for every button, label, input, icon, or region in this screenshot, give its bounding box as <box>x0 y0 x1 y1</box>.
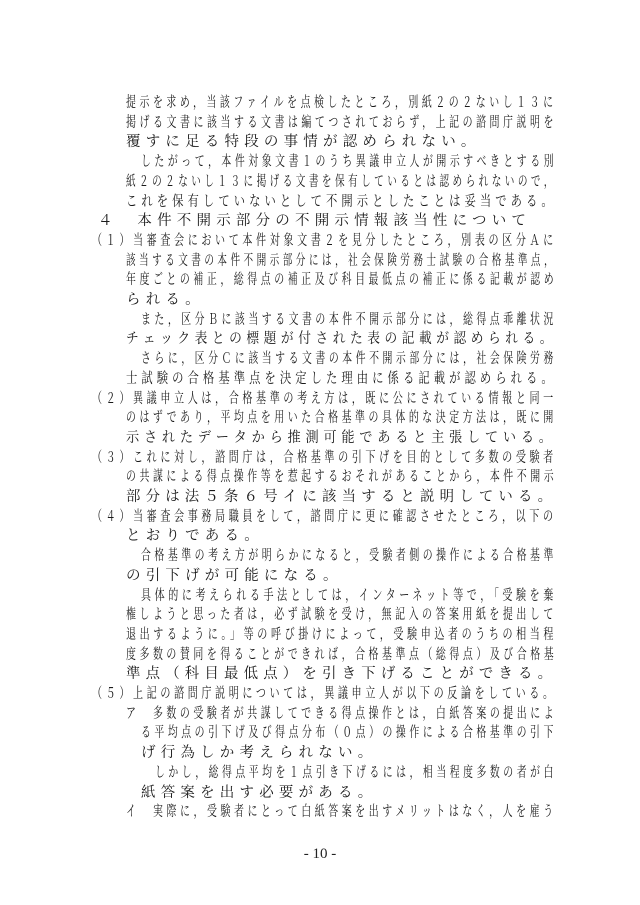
text-line: の共謀による得点操作等を惹起するおそれがあることから，本件不開示 <box>126 467 557 487</box>
text-line: とおりである。 <box>126 526 264 546</box>
text-line: 示されたデータから推測可能であると主張している。 <box>126 428 557 448</box>
text-line: また，区分Ｂに該当する文書の本件不開示部分には，総得点乖離状況 <box>141 310 557 330</box>
text-line: 年度ごとの補正，総得点の補正及び科目最低点の補正に係る記載が認め <box>126 270 557 290</box>
section-heading: ４ 本件不開示部分の不開示情報該当性について <box>98 211 531 231</box>
text-line: チェック表との標題が付された表の記載が認められる。 <box>126 329 557 349</box>
page-number: - 10 - <box>0 846 640 863</box>
text-line: 合格基準の考え方が明らかになると，受験者側の操作による合格基準 <box>141 546 557 566</box>
text-line: しかし，総得点平均を１点引き下げるには，相当程度多数の者が白 <box>155 763 557 783</box>
text-line: られる。 <box>126 290 205 310</box>
text-line: 退出するように。」等の呼び掛けによって，受験申込者のうちの相当程 <box>126 625 557 645</box>
text-line: 提示を求め，当該ファイルを点検したところ，別紙２の２ないし１３に <box>126 93 557 113</box>
text-line: 準点（科目最低点）を引き下げることができる。 <box>126 664 557 684</box>
text-line: 度多数の賛同を得ることができれば，合格基準点（総得点）及び合格基 <box>126 645 557 665</box>
text-line: る平均点の引下げ及び得点分布（０点）の操作による合格基準の引下 <box>141 723 557 743</box>
text-line: さらに，区分Ｃに該当する文書の本件不開示部分には，社会保険労務 <box>141 349 557 369</box>
sub-item: イ 実際に，受験者にとって白紙答案を出すメリットはなく，人を雇う <box>126 802 557 822</box>
text-line: 覆すに足る特段の事情が認められない。 <box>126 132 481 152</box>
document-page: 提示を求め，当該ファイルを点検したところ，別紙２の２ないし１３に 掲げる文書に該… <box>0 0 640 905</box>
numbered-item: （２）異議申立人は，合格基準の考え方は，既に公にされている情報と同一 <box>92 389 557 409</box>
numbered-item: （４）当審査会事務局職員をして，諮問庁に更に確認させたところ，以下の <box>92 507 557 527</box>
numbered-item: （５）上記の諮問庁説明については，異議申立人が以下の反論をしている。 <box>92 684 557 704</box>
numbered-item: （３）これに対し，諮問庁は，合格基準の引下げを目的として多数の受験者 <box>92 448 557 468</box>
text-line: これを保有していないとして不開示としたことは妥当である。 <box>126 192 557 212</box>
text-line: 紙２の２ないし１３に掲げる文書を保有しているとは認められないので， <box>126 172 557 192</box>
text-line: のはずであり，平均点を用いた合格基準の具体的な決定方法は，既に開 <box>126 408 557 428</box>
text-line: 具体的に考えられる手法としては，インターネット等で，「受験を棄 <box>141 586 557 606</box>
sub-item: ア 多数の受験者が共謀してできる得点操作とは，白紙答案の提出によ <box>126 704 557 724</box>
text-line: 権しようと思った者は，必ず試験を受け，無記入の答案用紙を提出して <box>126 605 557 625</box>
numbered-item: （１）当審査会において本件対象文書２を見分したところ，別表の区分Ａに <box>92 231 557 251</box>
text-line: したがって，本件対象文書１のうち異議申立人が開示すべきとする別 <box>141 152 557 172</box>
text-line: 士試験の合格基準点を決定した理由に係る記載が認められる。 <box>126 369 557 389</box>
text-line: の引下げが可能になる。 <box>126 566 343 586</box>
text-line: 紙答案を出す必要がある。 <box>141 783 377 803</box>
text-line: げ行為しか考えられない。 <box>141 743 377 763</box>
text-line: 掲げる文書に該当する文書は編てつされておらず，上記の諮問庁説明を <box>126 113 557 133</box>
text-line: 部分は法５条６号イに該当すると説明している。 <box>126 487 557 507</box>
text-line: 該当する文書の本件不開示部分には，社会保険労務士試験の合格基準点， <box>126 251 557 271</box>
